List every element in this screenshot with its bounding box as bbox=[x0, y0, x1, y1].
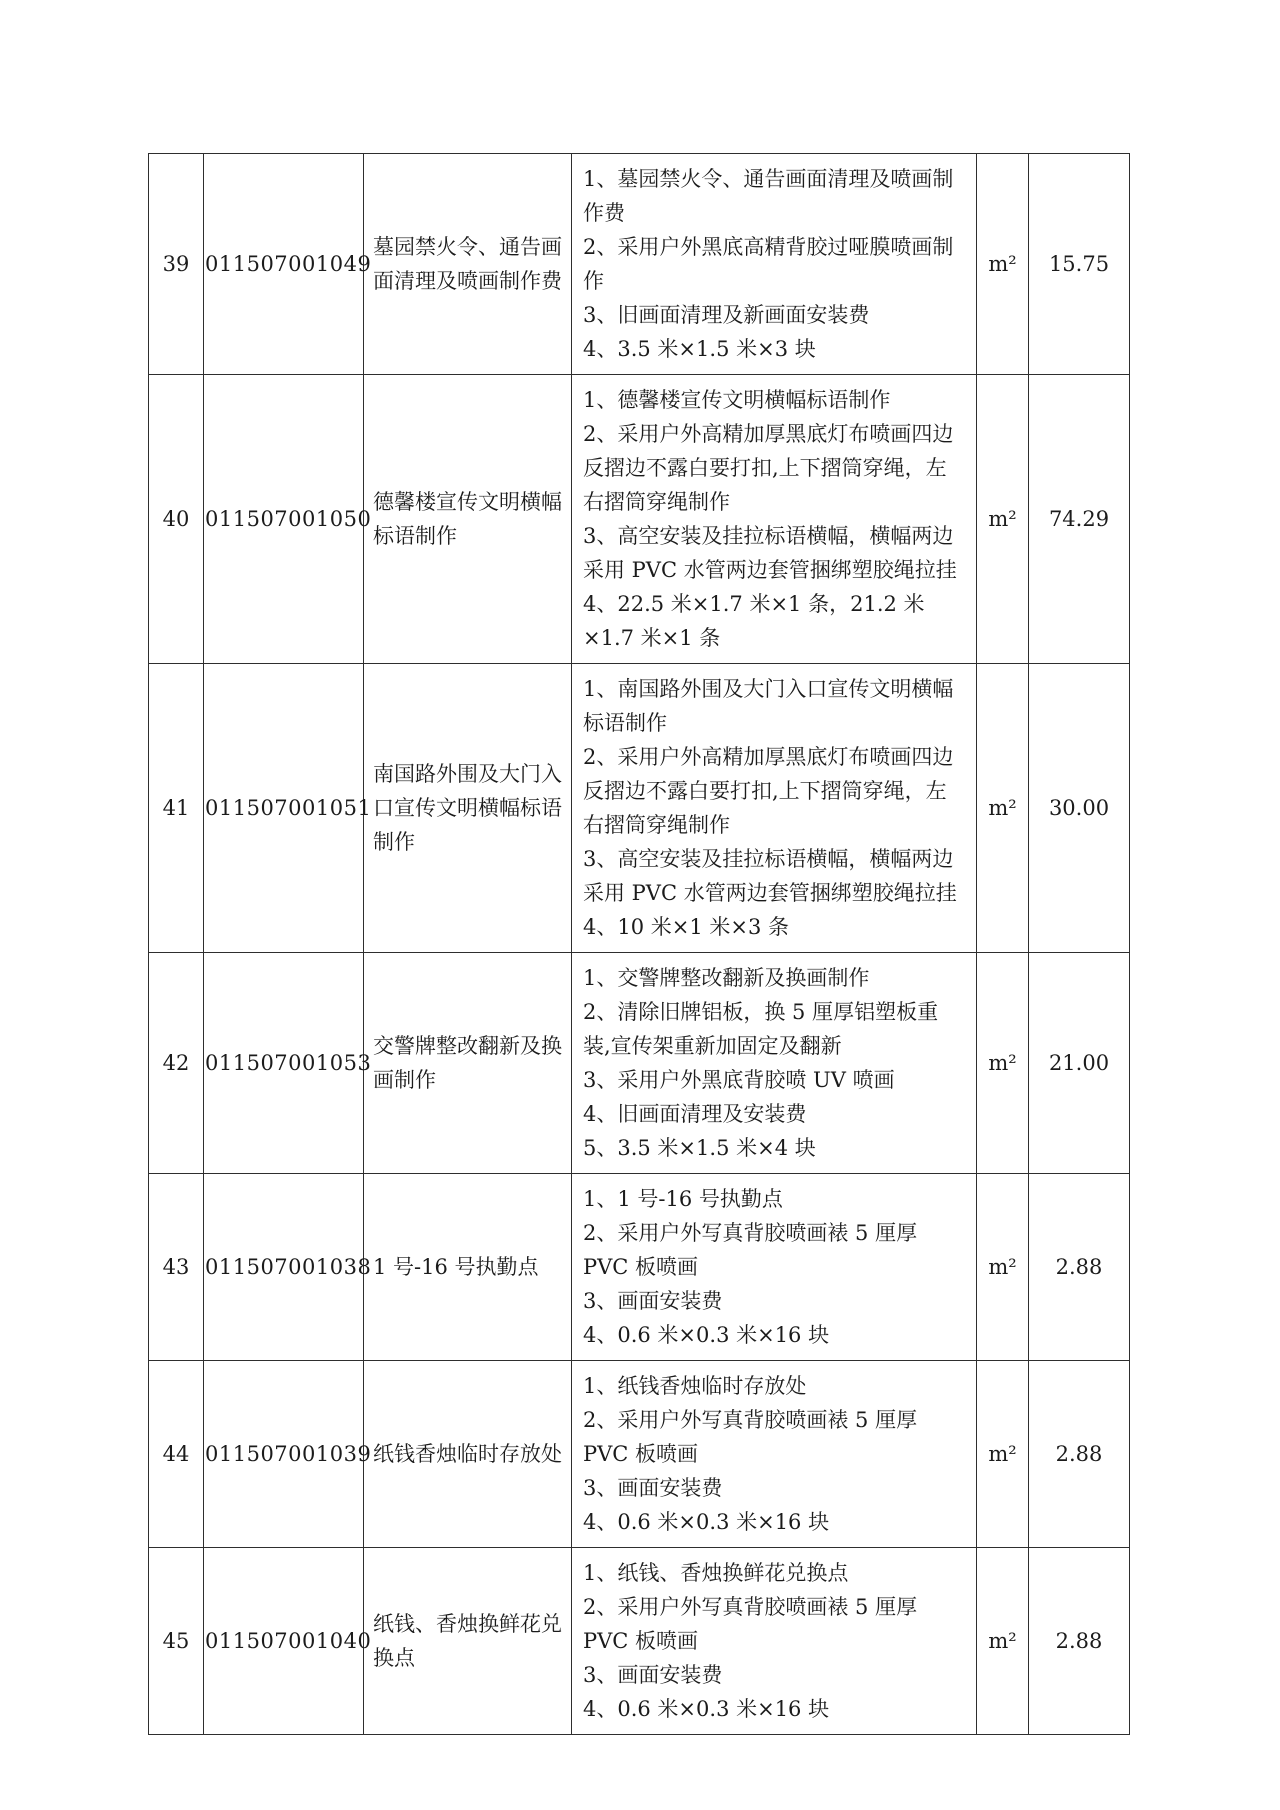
row-value: 2.88 bbox=[1029, 1361, 1130, 1548]
row-description: 1、南国路外围及大门入口宣传文明横幅标语制作 2、采用户外高精加厚黑底灯布喷画四… bbox=[572, 664, 977, 953]
table-row: 39 011507001049 墓园禁火令、通告画面清理及喷画制作费 1、墓园禁… bbox=[149, 154, 1130, 375]
description-item: 3、采用户外黑底背胶喷 UV 喷画 bbox=[583, 1063, 965, 1097]
row-description: 1、交警牌整改翻新及换画制作 2、清除旧牌铝板，换 5 厘厚铝塑板重装,宣传架重… bbox=[572, 953, 977, 1174]
row-description: 1、纸钱香烛临时存放处 2、采用户外写真背胶喷画裱 5 厘厚 PVC 板喷画 3… bbox=[572, 1361, 977, 1548]
description-item: 4、3.5 米×1.5 米×3 块 bbox=[583, 332, 965, 366]
row-name: 纸钱香烛临时存放处 bbox=[364, 1361, 572, 1548]
row-name: 德馨楼宣传文明横幅标语制作 bbox=[364, 375, 572, 664]
row-unit: m² bbox=[977, 664, 1029, 953]
description-item: 2、采用户外高精加厚黑底灯布喷画四边反摺边不露白要打扣,上下摺筒穿绳，左右摺筒穿… bbox=[583, 417, 965, 519]
row-code: 011507001040 bbox=[204, 1548, 364, 1735]
row-name: 纸钱、香烛换鲜花兑换点 bbox=[364, 1548, 572, 1735]
description-item: 2、采用户外黑底高精背胶过哑膜喷画制作 bbox=[583, 230, 965, 298]
description-item: 1、德馨楼宣传文明横幅标语制作 bbox=[583, 383, 965, 417]
row-unit: m² bbox=[977, 1548, 1029, 1735]
table-row: 42 011507001053 交警牌整改翻新及换画制作 1、交警牌整改翻新及换… bbox=[149, 953, 1130, 1174]
description-item: 2、清除旧牌铝板，换 5 厘厚铝塑板重装,宣传架重新加固定及翻新 bbox=[583, 995, 965, 1063]
description-item: 2、采用户外写真背胶喷画裱 5 厘厚 PVC 板喷画 bbox=[583, 1216, 965, 1284]
row-code: 011507001050 bbox=[204, 375, 364, 664]
description-item: 1、1 号-16 号执勤点 bbox=[583, 1182, 965, 1216]
row-name: 交警牌整改翻新及换画制作 bbox=[364, 953, 572, 1174]
row-code: 011507001051 bbox=[204, 664, 364, 953]
description-item: 2、采用户外写真背胶喷画裱 5 厘厚 PVC 板喷画 bbox=[583, 1590, 965, 1658]
description-item: 4、22.5 米×1.7 米×1 条，21.2 米×1.7 米×1 条 bbox=[583, 587, 965, 655]
row-value: 15.75 bbox=[1029, 154, 1130, 375]
description-item: 2、采用户外写真背胶喷画裱 5 厘厚 PVC 板喷画 bbox=[583, 1403, 965, 1471]
row-seq: 41 bbox=[149, 664, 204, 953]
row-value: 30.00 bbox=[1029, 664, 1130, 953]
description-item: 5、3.5 米×1.5 米×4 块 bbox=[583, 1131, 965, 1165]
description-item: 1、交警牌整改翻新及换画制作 bbox=[583, 961, 965, 995]
row-unit: m² bbox=[977, 375, 1029, 664]
row-seq: 39 bbox=[149, 154, 204, 375]
description-item: 4、0.6 米×0.3 米×16 块 bbox=[583, 1318, 965, 1352]
description-item: 4、0.6 米×0.3 米×16 块 bbox=[583, 1505, 965, 1539]
row-unit: m² bbox=[977, 1174, 1029, 1361]
row-code: 011507001039 bbox=[204, 1361, 364, 1548]
row-code: 011507001049 bbox=[204, 154, 364, 375]
row-description: 1、1 号-16 号执勤点 2、采用户外写真背胶喷画裱 5 厘厚 PVC 板喷画… bbox=[572, 1174, 977, 1361]
row-seq: 43 bbox=[149, 1174, 204, 1361]
row-seq: 42 bbox=[149, 953, 204, 1174]
row-description: 1、墓园禁火令、通告画面清理及喷画制作费 2、采用户外黑底高精背胶过哑膜喷画制作… bbox=[572, 154, 977, 375]
row-description: 1、德馨楼宣传文明横幅标语制作 2、采用户外高精加厚黑底灯布喷画四边反摺边不露白… bbox=[572, 375, 977, 664]
table-row: 44 011507001039 纸钱香烛临时存放处 1、纸钱香烛临时存放处 2、… bbox=[149, 1361, 1130, 1548]
items-table: 39 011507001049 墓园禁火令、通告画面清理及喷画制作费 1、墓园禁… bbox=[148, 153, 1130, 1735]
row-unit: m² bbox=[977, 1361, 1029, 1548]
description-item: 1、墓园禁火令、通告画面清理及喷画制作费 bbox=[583, 162, 965, 230]
document-page: 39 011507001049 墓园禁火令、通告画面清理及喷画制作费 1、墓园禁… bbox=[0, 0, 1280, 1810]
row-name: 南国路外围及大门入口宣传文明横幅标语制作 bbox=[364, 664, 572, 953]
table-row: 40 011507001050 德馨楼宣传文明横幅标语制作 1、德馨楼宣传文明横… bbox=[149, 375, 1130, 664]
description-item: 1、纸钱、香烛换鲜花兑换点 bbox=[583, 1556, 965, 1590]
row-value: 2.88 bbox=[1029, 1548, 1130, 1735]
row-value: 74.29 bbox=[1029, 375, 1130, 664]
row-unit: m² bbox=[977, 953, 1029, 1174]
description-item: 3、画面安装费 bbox=[583, 1471, 965, 1505]
description-item: 4、0.6 米×0.3 米×16 块 bbox=[583, 1692, 965, 1726]
row-seq: 45 bbox=[149, 1548, 204, 1735]
description-item: 1、纸钱香烛临时存放处 bbox=[583, 1369, 965, 1403]
description-item: 3、画面安装费 bbox=[583, 1658, 965, 1692]
table-row: 41 011507001051 南国路外围及大门入口宣传文明横幅标语制作 1、南… bbox=[149, 664, 1130, 953]
row-value: 2.88 bbox=[1029, 1174, 1130, 1361]
row-value: 21.00 bbox=[1029, 953, 1130, 1174]
description-item: 3、高空安装及挂拉标语横幅，横幅两边采用 PVC 水管两边套管捆绑塑胶绳拉挂 bbox=[583, 842, 965, 910]
description-item: 4、旧画面清理及安装费 bbox=[583, 1097, 965, 1131]
description-item: 1、南国路外围及大门入口宣传文明横幅标语制作 bbox=[583, 672, 965, 740]
row-seq: 40 bbox=[149, 375, 204, 664]
row-name: 1 号-16 号执勤点 bbox=[364, 1174, 572, 1361]
row-unit: m² bbox=[977, 154, 1029, 375]
description-item: 3、旧画面清理及新画面安装费 bbox=[583, 298, 965, 332]
row-code: 011507001038 bbox=[204, 1174, 364, 1361]
row-code: 011507001053 bbox=[204, 953, 364, 1174]
table-row: 43 011507001038 1 号-16 号执勤点 1、1 号-16 号执勤… bbox=[149, 1174, 1130, 1361]
description-item: 3、高空安装及挂拉标语横幅，横幅两边采用 PVC 水管两边套管捆绑塑胶绳拉挂 bbox=[583, 519, 965, 587]
table-row: 45 011507001040 纸钱、香烛换鲜花兑换点 1、纸钱、香烛换鲜花兑换… bbox=[149, 1548, 1130, 1735]
description-item: 2、采用户外高精加厚黑底灯布喷画四边反摺边不露白要打扣,上下摺筒穿绳，左右摺筒穿… bbox=[583, 740, 965, 842]
row-name: 墓园禁火令、通告画面清理及喷画制作费 bbox=[364, 154, 572, 375]
description-item: 3、画面安装费 bbox=[583, 1284, 965, 1318]
description-item: 4、10 米×1 米×3 条 bbox=[583, 910, 965, 944]
row-description: 1、纸钱、香烛换鲜花兑换点 2、采用户外写真背胶喷画裱 5 厘厚 PVC 板喷画… bbox=[572, 1548, 977, 1735]
row-seq: 44 bbox=[149, 1361, 204, 1548]
